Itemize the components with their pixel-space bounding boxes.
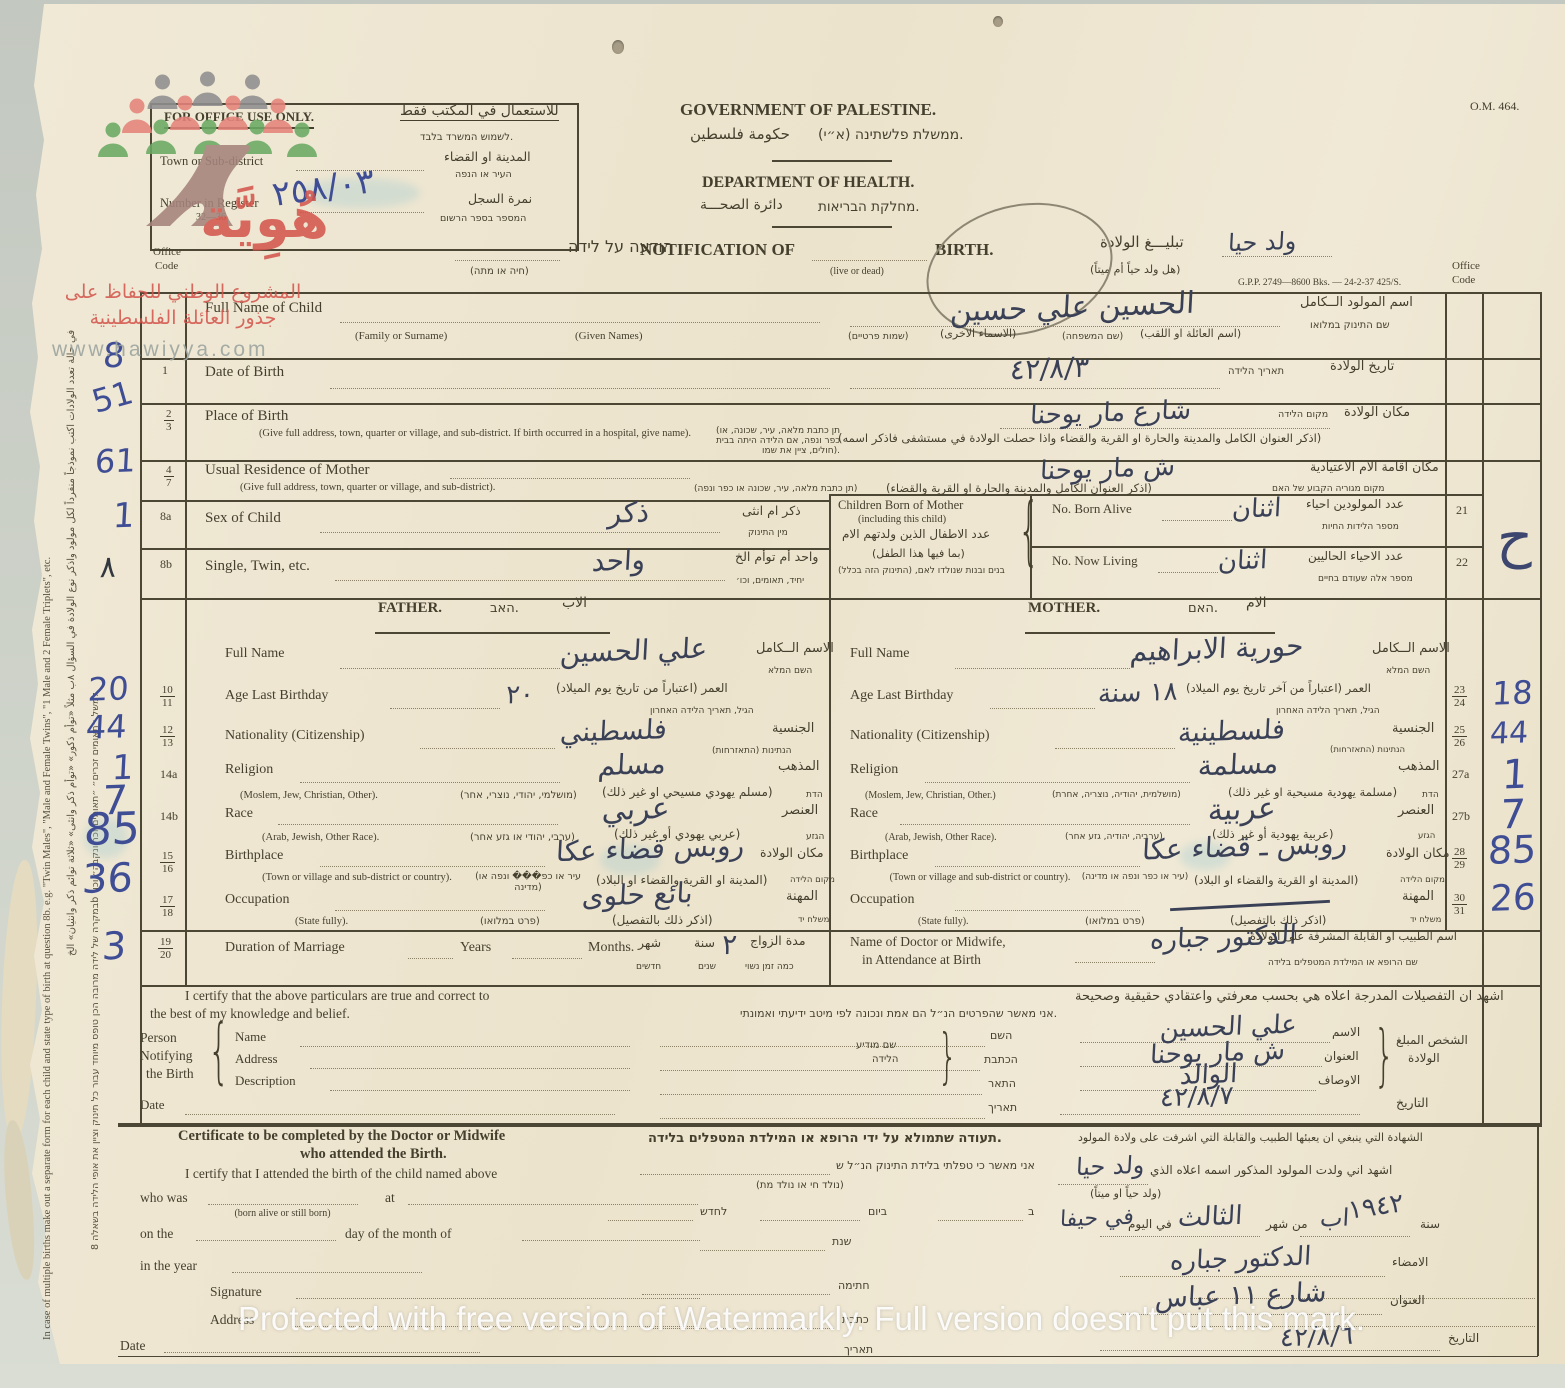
at-label: at: [385, 1190, 395, 1205]
father-occupation-handwriting: بائع حلوى: [581, 876, 694, 913]
doctor-name-label-en1: Name of Doctor or Midwife,: [850, 934, 1006, 949]
full-name-label-ar: اسم المولود الــكامل: [1300, 296, 1413, 311]
father-religion-ar: المذهب: [778, 760, 820, 775]
month-label-he: לחדש: [700, 1206, 727, 1218]
doctor-certificate-title-he: תעודה שתמולא על ידי הרופא או המילדת המטפ…: [648, 1132, 1002, 1147]
date-of-birth-label-ar: تاريخ الولادة: [1330, 360, 1394, 375]
sex-label-ar: ذكر ام انثى: [742, 504, 801, 518]
mother-occupation-sub-en: (State fully).: [918, 916, 969, 927]
doctor-name-label-en2: in Attendance at Birth: [862, 952, 981, 967]
certify-statement-en2: the best of my knowledge and belief.: [150, 1006, 350, 1021]
dotted-line: [608, 1220, 693, 1221]
single-twin-label-ar: واحد أم توأم الخ: [735, 550, 818, 564]
full-name-label-he: שם התינוק במלואו: [1310, 320, 1390, 331]
row-number: 23: [164, 408, 174, 433]
dotted-line: [850, 388, 1220, 389]
date-label-ar: التاريخ: [1448, 1332, 1479, 1345]
header-divider: [772, 160, 892, 162]
dotted-line: [196, 1240, 336, 1241]
mother-name-handwriting: حورية الابراهيم: [1129, 629, 1304, 668]
row-number: 2324: [1452, 684, 1467, 709]
brace: {: [1018, 488, 1040, 576]
father-full-name-he: השם המלא: [768, 666, 812, 676]
row-number-top: 15: [162, 850, 173, 862]
notify-description-label-en: Description: [235, 1074, 296, 1089]
table-border: [140, 548, 829, 550]
dotted-line: [1100, 1350, 1440, 1351]
row-number: 1011: [160, 684, 175, 709]
department-title-ar: دائرة الصحـــة: [700, 198, 783, 214]
residence-sub-he: (תן כתבת מלאה, עיר, שכונה או כפר ונפה): [694, 484, 857, 494]
father-race-handwriting: عربي: [601, 791, 671, 828]
father-birthplace-he: מקום הלידה: [790, 876, 835, 886]
notify-address-label-en: Address: [235, 1052, 278, 1067]
mother-occupation-he: משלח יד: [1410, 916, 1441, 926]
table-border: [1540, 292, 1542, 1123]
father-age-ar: العمر (اعتباراً من تاريخ يوم الميلاد): [556, 682, 728, 695]
father-full-name-label: Full Name: [225, 646, 285, 662]
born-alive-handwriting: ولد حيا: [1075, 1151, 1145, 1181]
birth-date-handwriting: ٤٢/٨/٣: [1009, 351, 1090, 387]
row-number-top: 19: [160, 936, 171, 948]
margin-mark-handwriting: 85: [1487, 827, 1538, 873]
dotted-line: [1120, 1276, 1385, 1277]
row-number-top: 4: [166, 464, 172, 476]
dotted-line: [660, 1118, 985, 1119]
duration-year-ar: سنة: [694, 936, 715, 950]
dotted-line: [938, 1220, 1023, 1221]
place-of-birth-sub-en: (Give full address, town, quarter or vil…: [240, 428, 710, 440]
address-label-ar: العنوان: [1390, 1294, 1425, 1307]
dotted-line: [330, 388, 830, 389]
doctor-certify-body-he: אני מאשר כי טפלתי בלידת התינוק הנ״ל ש: [836, 1160, 1035, 1172]
dotted-line: [300, 1046, 630, 1047]
duration-years-he: שנים: [698, 962, 716, 972]
scanned-birth-notification-document: In case of multiple births make out a se…: [0, 0, 1565, 1388]
duration-years-en: Years: [460, 940, 491, 956]
dotted-line: [296, 1298, 700, 1299]
mother-nationality-he: הנתינות (התאזרחות): [1330, 746, 1405, 756]
row-number-bottom: 11: [160, 696, 175, 709]
margin-code-handwriting: 1: [112, 496, 136, 537]
father-nationality-he: הנתינות (התאזרחות): [712, 746, 792, 756]
dotted-line: [925, 782, 1190, 783]
watermark-text: Protected with free version of Watermark…: [238, 1300, 1365, 1338]
person-notifying-label3: the Birth: [146, 1066, 194, 1081]
notify-address-label-he: הכתבת: [984, 1054, 1018, 1066]
date-label-he: תאריך: [844, 1344, 873, 1356]
duration-handwriting: ٢: [721, 928, 738, 962]
notification-title-he: הודעה על לידה: [568, 238, 673, 256]
dotted-line: [760, 1220, 860, 1221]
notify-date-label-ar: التاريخ: [1396, 1096, 1428, 1110]
row-number: 1920: [158, 936, 173, 961]
mother-heading-ar: الام: [1246, 596, 1267, 612]
father-occupation-ar: المهنة: [786, 890, 818, 905]
father-religion-label: Religion: [225, 762, 273, 778]
margin-code-handwriting: 20: [87, 669, 130, 709]
header-divider: [772, 226, 892, 228]
doctor-certify-body-en: I certify that I attended the birth of t…: [185, 1166, 497, 1181]
duration-label-en: Duration of Marriage: [225, 940, 345, 956]
mother-heading-en: MOTHER.: [1028, 600, 1100, 617]
mother-age-handwriting: ١٨ سنة: [1097, 677, 1178, 710]
father-race-sub-en: (Arab, Jewish, Other Race).: [262, 832, 379, 844]
town-subdistrict-label-ar: المدينة او القضاء: [444, 150, 531, 164]
office-use-title-ar: للاستعمال في المكتب فقط: [400, 104, 559, 121]
notify-person-ar1: الشخص المبلغ: [1396, 1034, 1468, 1047]
notify-date-label-en: Date: [140, 1098, 165, 1113]
town-subdistrict-label-he: העיר או הנפה: [455, 170, 512, 181]
department-title-en: DEPARTMENT OF HEALTH.: [702, 174, 914, 192]
register-number-label-he: המספר בספר הרשום: [440, 214, 526, 225]
on-the-label: on the: [140, 1226, 173, 1241]
person-notifying-label1: Person: [140, 1030, 177, 1045]
row-number-bottom: 3: [164, 420, 174, 433]
dotted-line: [955, 910, 1140, 911]
dotted-line: [320, 866, 545, 867]
live-or-dead-label: (live or dead): [830, 266, 884, 277]
place-of-birth-label-ar: مكان الولادة: [1344, 406, 1410, 421]
father-race-ar: العنصر: [782, 804, 818, 819]
father-religion-handwriting: مسلم: [597, 747, 667, 782]
row-number: 47: [164, 464, 174, 489]
dotted-line: [640, 1174, 830, 1175]
notify-description-label-he: התאר: [988, 1078, 1016, 1090]
born-alive-label-ar: عدد المولودين احياء: [1306, 498, 1404, 511]
father-nationality-ar: الجنسية: [772, 722, 814, 737]
margin-code-handwriting: 61: [94, 441, 137, 481]
dotted-line: [660, 1094, 982, 1095]
dotted-line: [700, 1250, 825, 1251]
dotted-line: [390, 708, 500, 709]
dotted-line: [408, 1204, 698, 1205]
year-label-ar: سنة: [1420, 1218, 1440, 1231]
notify-person-he1: שם מודיע: [856, 1040, 896, 1051]
brace: }: [1374, 1015, 1394, 1095]
dotted-line: [455, 260, 560, 261]
signature-label-en: Signature: [210, 1284, 262, 1299]
certify-statement-he: אני מאשר שהפרטים הנ״ל הם אמת ונכונה לפי …: [740, 1008, 1057, 1020]
row-number-top: 28: [1454, 846, 1465, 858]
office-code-left: Office: [153, 246, 181, 258]
table-border: [140, 292, 1540, 294]
dotted-line: [990, 708, 1095, 709]
doctor-certificate-title-en1: Certificate to be completed by the Docto…: [178, 1128, 505, 1144]
mother-occupation-ar: المهنة: [1402, 890, 1434, 905]
row-number: 1213: [160, 724, 175, 749]
father-occupation-sub-ar: (اذكر ذلك بالتفصيل): [612, 914, 713, 927]
mother-religion-sub-en: (Moslem, Jew, Christian, Other.): [865, 790, 996, 801]
mother-race-he: הגזע: [1418, 832, 1435, 842]
table-border: [140, 598, 1540, 600]
residence-handwriting: ش مار يوحنا: [1039, 452, 1176, 487]
government-title-ar: حكومة فلسطين: [690, 126, 790, 143]
row-number: 1516: [160, 850, 175, 875]
dotted-line: [340, 668, 560, 669]
on-day-label-ar: في اليوم: [1128, 1218, 1172, 1231]
notify-name-label-he: השם: [990, 1030, 1012, 1042]
dotted-line: [185, 1114, 615, 1115]
duration-months-he: חדשים: [636, 962, 661, 972]
mother-full-name-he: השם המלא: [1386, 666, 1430, 676]
signature-label-he: חתימה: [838, 1280, 870, 1292]
father-birthplace-sub-he: (עיר או כפ��� ונפה או מדינה): [468, 872, 588, 893]
live-birth-handwriting: ولد حيا: [1227, 227, 1297, 257]
surname-sub-he: (שם המשפחה): [1062, 332, 1123, 343]
duration-label-ar: مدة الزواج: [750, 934, 806, 948]
margin-mark-handwriting: 26: [1489, 877, 1537, 920]
in-the-year-label: in the year: [140, 1258, 197, 1273]
doctor-certificate-title-en2: who attended the Birth.: [300, 1146, 447, 1162]
register-number-label-ar: نمرة السجل: [468, 192, 532, 206]
father-race-label: Race: [225, 806, 253, 822]
father-heading-he: האב.: [490, 602, 519, 617]
office-code-right: Code: [1452, 274, 1475, 286]
row-number: 1718: [160, 894, 175, 919]
logo-tagline-1: المشروع الوطني للحفاظ على: [28, 282, 338, 303]
dotted-line: [278, 824, 558, 825]
doctor-name-label-ar: اسم الطبيب او القابلة المشرفة على الولاد…: [1250, 930, 1457, 943]
surname-sub-ar: (اسم العائلة او اللقب): [1140, 328, 1241, 340]
children-box-title-he: בנים ובנות שנולדו לאם, (התינוק הזה בכלל): [838, 566, 1023, 576]
row-number-bottom: 18: [160, 906, 175, 919]
place-of-birth-label-en: Place of Birth: [205, 408, 288, 425]
row-number-bottom: 16: [160, 862, 175, 875]
mother-race-sub-en: (Arab, Jewish, Other Race).: [885, 832, 997, 843]
dotted-line: [300, 782, 560, 783]
dotted-line: [522, 1240, 700, 1241]
margin-mark-handwriting: 18: [1491, 673, 1534, 713]
father-religion-sub-en: (Moslem, Jew, Christian, Other).: [240, 790, 378, 802]
single-twin-handwriting: واحد: [591, 543, 646, 578]
father-occupation-he: משלח יד: [798, 916, 829, 926]
father-age-label: Age Last Birthday: [225, 688, 328, 704]
mother-nationality-ar: الجنسية: [1392, 722, 1434, 737]
notify-date-handwriting: ٤٢/٨/٧: [1159, 1081, 1234, 1114]
row-number-top: 25: [1454, 724, 1465, 736]
father-birthplace-sub-en: (Town or village and sub-district or cou…: [252, 872, 462, 884]
dotted-line: [420, 748, 555, 749]
punch-hole: [993, 16, 1003, 27]
father-religion-he: הדת: [806, 790, 823, 800]
dotted-line: [1100, 1236, 1260, 1237]
table-border: [140, 403, 1540, 405]
birth-day-handwriting: الثالث: [1177, 1201, 1243, 1233]
table-border: [829, 494, 831, 985]
row-number: 22: [1456, 556, 1468, 569]
mother-religion-handwriting: مسلمة: [1197, 747, 1279, 783]
dotted-line: [1162, 520, 1232, 521]
doctor-name-label-he: שם הרופא או המילדת המטפלים בלידה: [1268, 958, 1418, 968]
birth-city-handwriting: في حيفا: [1059, 1205, 1134, 1233]
dotted-line: [1222, 256, 1332, 257]
table-border: [140, 500, 829, 502]
dotted-line: [660, 1070, 980, 1071]
single-twin-label-he: יחיד, תאומים, וכו׳: [736, 576, 804, 586]
logo-wordmark: هُوِيَّة: [200, 188, 329, 251]
row-number-bottom: 24: [1452, 696, 1467, 709]
residence-label-en: Usual Residence of Mother: [205, 462, 370, 479]
born-alive-label-he: מספר הלידות החיות: [1322, 522, 1399, 532]
mother-birthplace-label: Birthplace: [850, 848, 908, 864]
month-label-ar: من شهر: [1266, 1218, 1308, 1231]
dotted-line: [335, 580, 725, 581]
table-border: [140, 985, 1540, 987]
form-reference-number: O.M. 464.: [1470, 100, 1519, 113]
sex-label-he: מין התינוק: [748, 528, 788, 538]
certify-statement-ar: اشهد ان التفصيلات المدرجة اعلاه هي بحسب …: [1075, 990, 1504, 1005]
margin-note-hebrew: במקרה של לידה מרובה הכן טופס מיוחד עבור …: [90, 350, 101, 1250]
row-number: 21: [1456, 504, 1468, 517]
notify-date-label-he: תאריך: [988, 1102, 1017, 1114]
row-number: 1: [162, 364, 168, 377]
given-names-sub: (Given Names): [575, 330, 643, 342]
row-number-bottom: 7: [164, 476, 174, 489]
margin-code-handwriting: 36: [81, 855, 134, 903]
year-label-he: שנת: [832, 1236, 851, 1248]
certify-statement-en1: I certify that the above particulars are…: [185, 988, 489, 1003]
mother-race-handwriting: عربية: [1207, 791, 1277, 828]
office-code-right: Office: [1452, 260, 1480, 272]
father-heading-en: FATHER.: [378, 600, 442, 617]
birth-month-handwriting: اب: [1319, 1203, 1350, 1232]
government-title-en: GOVERNMENT OF PALESTINE.: [680, 100, 936, 119]
logo-url: www.hawiyya.com: [52, 338, 269, 362]
dotted-line: [955, 668, 1130, 669]
place-of-birth-sub-ar: (اذكر العنوان الكامل والمدينة والحارة او…: [838, 432, 1321, 445]
mother-age-he: הגיל, תאריך הלידה האחרון: [1276, 706, 1380, 716]
mother-birthplace-sub-en: (Town or village and sub-district or cou…: [880, 872, 1080, 883]
doctor-certify-body-ar: اشهد اني ولدت المولود المذكور اسمه اعلاه…: [1150, 1164, 1392, 1177]
dotted-line: [1075, 962, 1155, 963]
signature-label-ar: الامضاء: [1392, 1256, 1428, 1269]
mother-occupation-sub-he: (פרט במלואו): [1085, 916, 1145, 927]
mother-birthplace-ar: مكان الولادة: [1386, 846, 1450, 860]
table-border: [140, 292, 142, 1123]
office-use-title-he: לשמוש המשרד בלבד.: [420, 132, 513, 143]
father-birthplace-label: Birthplace: [225, 848, 283, 864]
place-of-birth-sub-he: (תן כתבת מלאה, עיר, שכונה, או כפר ונפה, …: [700, 426, 840, 456]
now-living-label-ar: عدد الاحياء الحاليين: [1308, 550, 1403, 563]
who-was-label: who was: [140, 1190, 188, 1205]
sex-handwriting: ذكر: [607, 495, 650, 530]
office-code-left: Code: [155, 260, 178, 272]
live-or-dead-he: (חיה או מתה): [470, 266, 529, 277]
row-number: 8a: [160, 510, 171, 523]
dotted-line: [1058, 1184, 1148, 1185]
row-number: 27b: [1452, 810, 1470, 823]
children-box-sub-ar: (بما فيها هذا الطفل): [872, 548, 965, 560]
mother-nationality-label: Nationality (Citizenship): [850, 728, 990, 744]
dotted-line: [208, 1204, 358, 1205]
children-box-title-en: Children Born of Mother: [838, 498, 963, 512]
table-border: [1537, 1127, 1539, 1356]
logo-tagline-2: جذور العائلة الفلسطينية: [28, 308, 338, 329]
row-number: 14b: [160, 810, 178, 823]
row-number: 27a: [1452, 768, 1469, 781]
dotted-line: [1055, 748, 1175, 749]
dotted-line: [310, 1068, 630, 1069]
mother-heading-he: האם.: [1188, 602, 1218, 617]
row-number: 2829: [1452, 846, 1467, 871]
notify-name-label-ar: الاسم: [1332, 1026, 1360, 1039]
family-surname-sub: (Family or Surname): [355, 330, 447, 342]
duration-label-he: כמה זמן נשוי: [745, 962, 794, 972]
dotted-line: [408, 958, 453, 959]
mother-full-name-label: Full Name: [850, 646, 910, 662]
single-twin-label-en: Single, Twin, etc.: [205, 558, 310, 575]
father-nationality-handwriting: فلسطيني: [559, 714, 667, 749]
dotted-line: [335, 910, 545, 911]
dotted-line: [660, 1046, 985, 1047]
row-number: 14a: [160, 768, 177, 781]
children-box-title-ar: عدد الاطفال الذين ولدتهم الام: [842, 528, 990, 541]
row-number-bottom: 31: [1452, 904, 1467, 917]
notify-person-he2: הלידה: [872, 1054, 898, 1065]
father-nationality-label: Nationality (Citizenship): [225, 728, 365, 744]
now-living-label-he: מספר אלה שעודם בחיים: [1318, 574, 1413, 584]
notification-title-ar: تبليـــغ الولادة: [1100, 234, 1184, 251]
born-alive-label-en: No. Born Alive: [1052, 502, 1132, 517]
print-reference: G.P.P. 2749—8600 Bks. — 24-2-37 425/S.: [1238, 278, 1401, 289]
heading-underline: [375, 632, 610, 634]
notify-person-ar2: الولادة: [1408, 1052, 1440, 1065]
brace: {: [208, 1010, 230, 1094]
dotted-line: [935, 866, 1140, 867]
margin-note-arabic: في حالة تعدد الولادات اكتب نموذجاً منفرد…: [66, 330, 77, 1290]
b-label-he: ב: [1028, 1206, 1034, 1218]
date-of-birth-label-en: Date of Birth: [205, 364, 284, 381]
father-birthplace-handwriting: روبس قضاء عكا: [555, 829, 745, 869]
margin-code-handwriting: 3: [101, 924, 127, 969]
row-number-bottom: 29: [1452, 858, 1467, 871]
row-number-top: 12: [162, 724, 173, 736]
margin-code-handwriting: ٨: [99, 550, 117, 586]
date-of-birth-label-he: תאריך הלידה: [1228, 366, 1284, 377]
born-alive-sub-ar: (ولد حياً او ميتاً): [1090, 1188, 1161, 1200]
dotted-line: [1060, 1114, 1360, 1115]
dotted-line: [642, 1294, 830, 1295]
table-border: [185, 292, 187, 985]
punch-hole: [612, 40, 624, 54]
mother-age-label: Age Last Birthday: [850, 688, 953, 704]
dotted-line: [850, 326, 1280, 327]
mother-full-name-ar: الاسم الــكامل: [1372, 642, 1450, 657]
mother-religion-ar: المذهب: [1398, 760, 1440, 775]
birth-place-handwriting: شارع مار يوحنا: [1029, 395, 1192, 431]
row-number-bottom: 26: [1452, 736, 1467, 749]
torn-paper-scrap: [0, 1119, 37, 1280]
row-number-bottom: 13: [160, 736, 175, 749]
mother-race-ar: العنصر: [1398, 804, 1434, 819]
brace: }: [938, 1023, 957, 1093]
mother-race-label: Race: [850, 806, 878, 822]
sex-label-en: Sex of Child: [205, 510, 281, 527]
dotted-line: [340, 322, 820, 323]
mother-birthplace-sub-ar: (المدينة او القرية والقضاء او البلاد): [1194, 874, 1358, 887]
now-living-label-en: No. Now Living: [1052, 554, 1138, 569]
doctor-certificate-title-ar: الشهادة التي ينبغي ان يعبئها الطبيب والق…: [1078, 1132, 1423, 1144]
mother-birthplace-sub-he: (עיר או כפר ונפה או מדינה): [1075, 872, 1195, 882]
given-names-sub-he: (שמות פרטיים): [848, 332, 908, 343]
now-living-handwriting: اثنان: [1217, 545, 1268, 577]
heavy-divider-rule: [118, 1123, 1542, 1127]
dotted-line: [1158, 572, 1218, 573]
row-number: 2526: [1452, 724, 1467, 749]
table-border: [118, 1356, 1538, 1357]
dotted-line: [1300, 1236, 1410, 1237]
